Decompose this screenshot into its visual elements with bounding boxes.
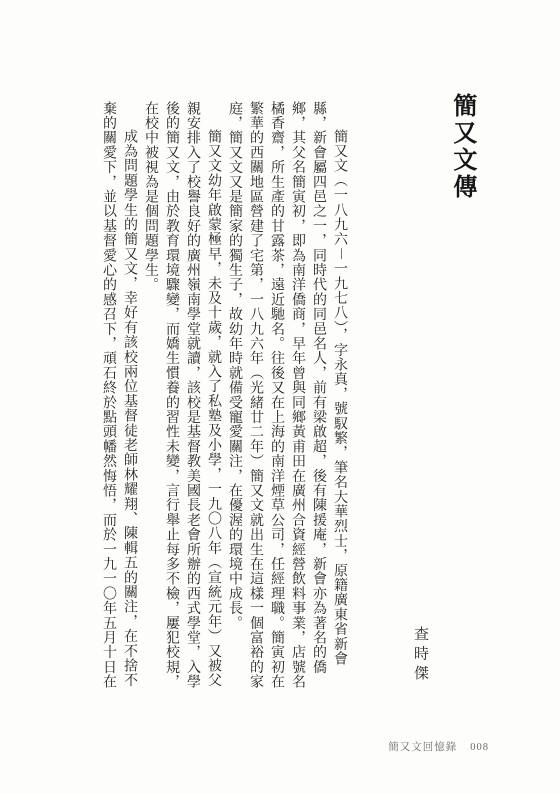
paragraph: 簡又文（一八九六－一九七八），字永真，號馭繁，筆名大華烈士，原籍廣東省新會縣，新…: [224, 101, 350, 690]
footer-book-title: 簡又文回憶錄: [388, 739, 457, 754]
body-text: 簡又文（一八九六－一九七八），字永真，號馭繁，筆名大華烈士，原籍廣東省新會縣，新…: [88, 101, 350, 690]
paragraph: 成為問題學生的簡又文，幸好有該校兩位基督徒老師林耀翔、陳輯五的關注，在不捨不棄的…: [98, 101, 140, 690]
chapter-title: 簡又文傳: [445, 93, 480, 201]
page-footer: 簡又文回憶錄 008: [388, 739, 489, 754]
book-page: 簡又文傳 簡又文（一八九六－一九七八），字永真，號馭繁，筆名大華烈士，原籍廣東省…: [0, 0, 560, 794]
paragraph: 簡又文幼年啟蒙極早，未及十歲，就入了私塾及小學，一九〇八年（宣統元年）又被父親安…: [140, 101, 224, 690]
footer-page-number: 008: [470, 742, 489, 753]
author-name: 查時傑: [410, 626, 431, 685]
